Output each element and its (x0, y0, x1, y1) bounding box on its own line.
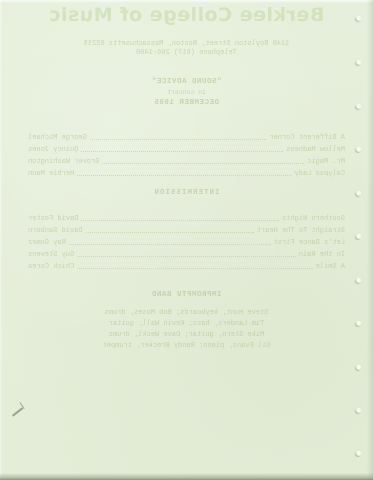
dot-leader (69, 244, 271, 245)
program-item: A Different Corner George Michael (28, 130, 345, 142)
personnel-line: Mike Stern, guitar; Dave Weckl, drums (0, 330, 373, 341)
dot-leader (81, 151, 283, 152)
dot-leader (77, 175, 291, 176)
song-credit: Quincy Jones (28, 146, 78, 154)
song-credit: Ray Gomez (28, 239, 66, 247)
personnel-line: Steve Hunt, keyboards; Bob Moses, drums (0, 308, 373, 319)
song-title: Mr. Magic (307, 158, 345, 166)
pencil-stroke (12, 407, 23, 416)
dot-leader (86, 232, 254, 233)
recital-subtitle: in concert (0, 89, 373, 96)
binding-hole (356, 234, 361, 239)
program-item: In the Rain Guy Stevens (28, 247, 345, 259)
song-credit: Grover Washington (28, 158, 99, 166)
program-item: Mellow Madness Quincy Jones (28, 142, 345, 154)
scanned-program-page: Berklee College of Music 1140 Boylston S… (0, 0, 373, 480)
song-title: A Different Corner (269, 134, 345, 142)
berklee-logo-text: Berklee College of Music (0, 4, 373, 26)
dot-leader (81, 220, 279, 221)
song-title: Southern Nights (282, 215, 345, 223)
program-item: Let's Dance First Ray Gomez (28, 235, 345, 247)
program-set-2: Southern Nights David Foster Straight To… (28, 211, 345, 271)
binding-hole (356, 451, 361, 456)
page-edge-right (367, 0, 373, 480)
program-item: Calypso Lady Herbie Mann (28, 166, 345, 178)
song-credit: David Foster (28, 215, 78, 223)
song-title: A Smile (316, 263, 345, 271)
page-edge-bottom (0, 473, 373, 480)
program-item: Straight To The Heart David Sanborn (28, 223, 345, 235)
song-title: Let's Dance First (274, 239, 345, 247)
binding-hole (356, 104, 361, 109)
program-item: Mr. Magic Grover Washington (28, 154, 345, 166)
song-title: Straight To The Heart (257, 227, 345, 235)
mirrored-bleed-layer: Berklee College of Music 1140 Boylston S… (0, 0, 373, 480)
page-edge-top (0, 0, 373, 3)
personnel-line: Tim Landers, bass; Kevin Wall, guitar (0, 319, 373, 330)
recital-date: DECEMBER 1985 (0, 99, 373, 107)
recital-title: "SOUND ADVICE" (0, 78, 373, 86)
program-set-1: A Different Corner George Michael Mellow… (28, 130, 345, 178)
binding-hole (356, 16, 361, 21)
binding-hole (356, 191, 361, 196)
binding-hole (356, 365, 361, 370)
dot-leader (77, 268, 312, 269)
binding-hole (356, 408, 361, 413)
binding-hole (356, 60, 361, 65)
song-title: In the Rain (299, 251, 345, 259)
dot-leader (90, 139, 267, 140)
song-title: Calypso Lady (295, 170, 345, 178)
address-line-1: 1140 Boylston Street, Boston, Massachuse… (0, 40, 373, 49)
personnel-line: Gil Evans, piano; Randy Brecker, trumpet (0, 341, 373, 352)
song-title: Mellow Madness (286, 146, 345, 154)
program-item: Southern Nights David Foster (28, 211, 345, 223)
song-credit: Herbie Mann (28, 170, 74, 178)
address-line-2: Telephone (617) 266-1400 (0, 49, 373, 58)
binding-hole (356, 147, 361, 152)
song-credit: Chick Corea (28, 263, 74, 271)
song-credit: George Michael (28, 134, 87, 142)
intermission-heading: INTERMISSION (0, 189, 373, 197)
pencil-mark (9, 402, 29, 420)
personnel-block: Steve Hunt, keyboards; Bob Moses, drums … (0, 308, 373, 352)
page-edge-left (0, 0, 2, 480)
program-item: A Smile Chick Corea (28, 259, 345, 271)
binding-hole (356, 321, 361, 326)
binding-hole (356, 278, 361, 283)
song-credit: David Sanborn (28, 227, 83, 235)
dot-leader (102, 163, 304, 164)
song-credit: Guy Stevens (28, 251, 74, 259)
dot-leader (77, 256, 296, 257)
band-heading: IMPROMPTU BAND (0, 291, 373, 299)
